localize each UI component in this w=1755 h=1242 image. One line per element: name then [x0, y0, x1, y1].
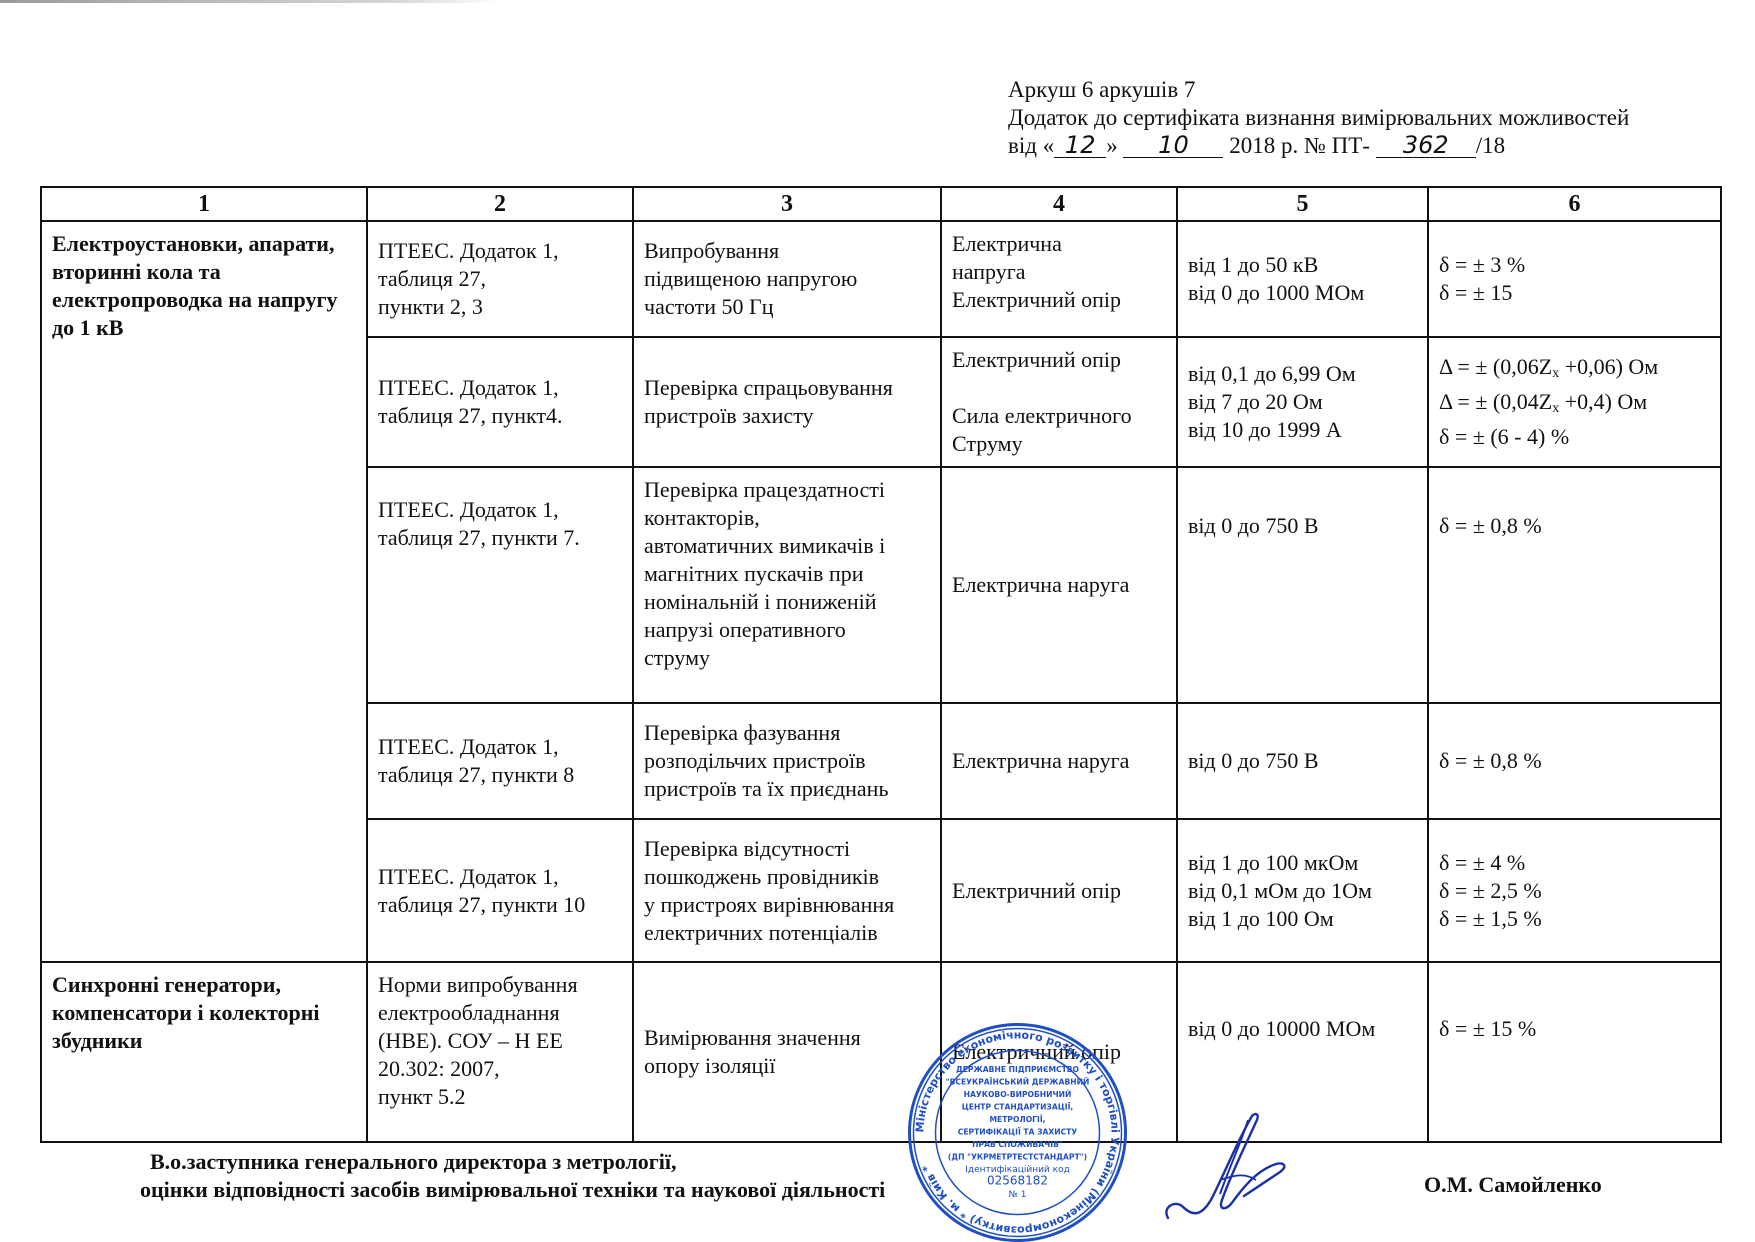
cell-line: 20.302: 2007,: [378, 1055, 622, 1083]
svg-text:"ВСЕУКРАЇНСЬКИЙ ДЕРЖАВНИЙ: "ВСЕУКРАЇНСЬКИЙ ДЕРЖАВНИЙ: [946, 1078, 1090, 1087]
cell-line: від 10 до 1999 А: [1188, 416, 1417, 444]
test-cell: Перевірка фазуваннярозподільчих пристрої…: [633, 703, 941, 819]
cell-line: Електрична наруга: [952, 747, 1166, 775]
cell-line: таблиця 27, пункт4.: [378, 402, 622, 430]
range-cell: від 0 до 750 В: [1177, 467, 1428, 703]
cell-line: Норми випробування: [378, 971, 622, 999]
cell-line: ПТЕЕС. Додаток 1,: [378, 863, 622, 891]
svg-text:СЕРТИФІКАЦІЇ ТА ЗАХИСТУ: СЕРТИФІКАЦІЇ ТА ЗАХИСТУ: [958, 1128, 1078, 1137]
cell-line: Вимірювання значення: [644, 1024, 930, 1052]
official-stamp: Міністерство економічного розвитку і тор…: [905, 1020, 1130, 1242]
quantity-cell: Електричний опір: [941, 819, 1177, 962]
cell-line: δ = ± 15: [1439, 279, 1710, 307]
handwritten-signature: [1160, 1110, 1310, 1230]
cell-line: пункти 2, 3: [378, 293, 622, 321]
test-cell: Перевірка відсутностіпошкоджень провідни…: [633, 819, 941, 962]
table-row: Електроустановки, апарати, вторинні кола…: [41, 221, 1721, 337]
document-cell: ПТЕЕС. Додаток 1,таблиця 27, пункт4.: [367, 337, 633, 467]
cell-line: пошкоджень провідників: [644, 863, 930, 891]
cell-line: таблиця 27, пункти 8: [378, 761, 622, 789]
appendix-title: Додаток до сертифіката визнання вимірюва…: [1008, 104, 1629, 132]
accuracy-cell: δ = ± 15 %: [1428, 962, 1721, 1142]
accuracy-formula: Δ = ± (0,06Zx +0,06) Ом: [1439, 353, 1710, 388]
cell-line: Електрична: [952, 230, 1166, 258]
cell-line: Перевірка спрацьовування: [644, 374, 930, 402]
cell-line: Електричний опір: [952, 286, 1166, 314]
cell-line: частоти 50 Гц: [644, 293, 930, 321]
cell-line: електричних потенціалів: [644, 919, 930, 947]
test-cell: Перевірка працездатностіконтакторів,авто…: [633, 467, 941, 703]
svg-text:ДЕРЖАВНЕ ПІДПРИЄМСТВО: ДЕРЖАВНЕ ПІДПРИЄМСТВО: [956, 1065, 1080, 1074]
cell-line: Перевірка працездатності: [644, 476, 930, 504]
svg-text:ПРАВ СПОЖИВАЧІВ": ПРАВ СПОЖИВАЧІВ": [972, 1140, 1063, 1149]
cell-line: струму: [644, 644, 930, 672]
svg-text:МЕТРОЛОГІЇ,: МЕТРОЛОГІЇ,: [989, 1115, 1045, 1124]
quantity-cell: ЕлектричнанапругаЕлектричний опір: [941, 221, 1177, 337]
accuracy-cell: δ = ± 0,8 %: [1428, 703, 1721, 819]
cell-line: від 1 до 50 кВ: [1188, 251, 1417, 279]
cell-line: δ = ± 3 %: [1439, 251, 1710, 279]
cell-line: пристроїв та їх приєднань: [644, 775, 930, 803]
svg-text:(ДП "УКРМЕТРТЕСТСТАНДАРТ"): (ДП "УКРМЕТРТЕСТСТАНДАРТ"): [948, 1153, 1087, 1162]
accuracy-formula: Δ = ± (0,04Zx +0,4) Ом: [1439, 388, 1710, 423]
sheet-number: Аркуш 6 аркушів 7: [1008, 76, 1629, 104]
cell-line: ПТЕЕС. Додаток 1,: [378, 496, 622, 524]
cell-line: номінальній і пониженій: [644, 588, 930, 616]
cell-line: Електричний опір: [952, 346, 1166, 374]
cell-line: від 0 до 750 В: [1188, 512, 1417, 540]
range-cell: від 1 до 50 кВвід 0 до 1000 МОм: [1177, 221, 1428, 337]
handwritten-day: 12: [1054, 133, 1106, 158]
cell-line: від 1 до 100 Ом: [1188, 905, 1417, 933]
test-cell: Вимірювання значенняопору ізоляції: [633, 962, 941, 1142]
cell-line: від 0 до 1000 МОм: [1188, 279, 1417, 307]
cell-line: ПТЕЕС. Додаток 1,: [378, 733, 622, 761]
range-cell: від 1 до 100 мкОмвід 0,1 мОм до 1Омвід 1…: [1177, 819, 1428, 962]
cell-line: δ = ± 1,5 %: [1439, 905, 1710, 933]
cell-line: δ = ± 0,8 %: [1439, 747, 1710, 775]
cell-line: таблиця 27, пункти 10: [378, 891, 622, 919]
cell-line: δ = ± 0,8 %: [1439, 512, 1710, 540]
svg-text:НАУКОВО-ВИРОБНИЧИЙ: НАУКОВО-ВИРОБНИЧИЙ: [964, 1090, 1072, 1099]
cell-line: від 1 до 100 мкОм: [1188, 849, 1417, 877]
document-cell: ПТЕЕС. Додаток 1,таблиця 27, пункти 10: [367, 819, 633, 962]
cell-line: Електрична наруга: [952, 571, 1166, 599]
cell-line: δ = ± 2,5 %: [1439, 877, 1710, 905]
signatory-position: В.о.заступника генерального директора з …: [140, 1148, 885, 1204]
handwritten-month: 10: [1123, 133, 1223, 158]
test-cell: Перевірка спрацьовуванняпристроїв захист…: [633, 337, 941, 467]
accuracy-cell: δ = ± 3 %δ = ± 15: [1428, 221, 1721, 337]
accuracy-cell: Δ = ± (0,06Zx +0,06) ОмΔ = ± (0,04Zx +0,…: [1428, 337, 1721, 467]
table-row: Синхронні генератори, компенсатори і кол…: [41, 962, 1721, 1142]
cell-line: від 0,1 до 6,99 Ом: [1188, 360, 1417, 388]
cell-line: від 0 до 750 В: [1188, 747, 1417, 775]
column-header-1: 1: [41, 187, 367, 221]
cell-line: Струму: [952, 430, 1166, 458]
cell-line: Сила електричного: [952, 402, 1166, 430]
scan-artifact: [0, 0, 500, 3]
measurement-capabilities-table: 123456 Електроустановки, апарати, вторин…: [40, 186, 1722, 1143]
column-header-5: 5: [1177, 187, 1428, 221]
cell-line: магнітних пускачів при: [644, 560, 930, 588]
cell-line: [952, 374, 1166, 402]
range-cell: від 0,1 до 6,99 Омвід 7 до 20 Омвід 10 д…: [1177, 337, 1428, 467]
cell-line: таблиця 27, пункти 7.: [378, 524, 622, 552]
cell-line: пристроїв захисту: [644, 402, 930, 430]
cell-line: у пристроях вирівнювання: [644, 891, 930, 919]
quantity-cell: Електрична наруга: [941, 703, 1177, 819]
signer-name: О.М. Самойленко: [1424, 1172, 1602, 1198]
cell-line: (НВЕ). СОУ – Н ЕЕ: [378, 1027, 622, 1055]
document-cell: ПТЕЕС. Додаток 1,таблиця 27, пункти 7.: [367, 467, 633, 703]
column-header-2: 2: [367, 187, 633, 221]
cell-line: ПТЕЕС. Додаток 1,: [378, 374, 622, 402]
cell-line: ПТЕЕС. Додаток 1,: [378, 237, 622, 265]
svg-text:ЦЕНТР СТАНДАРТИЗАЦІЇ,: ЦЕНТР СТАНДАРТИЗАЦІЇ,: [962, 1103, 1074, 1112]
range-cell: від 0 до 750 В: [1177, 703, 1428, 819]
document-cell: ПТЕЕС. Додаток 1,таблиця 27, пункти 8: [367, 703, 633, 819]
cell-line: автоматичних вимикачів і: [644, 532, 930, 560]
cell-line: контакторів,: [644, 504, 930, 532]
test-cell: Випробуванняпідвищеною напругоючастоти 5…: [633, 221, 941, 337]
column-header-3: 3: [633, 187, 941, 221]
accuracy-formula: δ = ± (6 - 4) %: [1439, 423, 1710, 451]
certificate-date-line: від «12» 10 2018 р. № ПТ- 362/18: [1008, 132, 1629, 160]
cell-line: Перевірка фазування: [644, 719, 930, 747]
cell-line: пункт 5.2: [378, 1083, 622, 1111]
cell-line: Випробування: [644, 237, 930, 265]
cell-line: від 7 до 20 Ом: [1188, 388, 1417, 416]
accuracy-cell: δ = ± 0,8 %: [1428, 467, 1721, 703]
cell-line: таблиця 27,: [378, 265, 622, 293]
document-cell: Норми випробуванняелектрообладнання (НВЕ…: [367, 962, 633, 1142]
position-line-2: оцінки відповідності засобів вимірювальн…: [140, 1176, 885, 1204]
quantity-cell: Електрична наруга: [941, 467, 1177, 703]
cell-line: δ = ± 4 %: [1439, 849, 1710, 877]
quantity-cell: Електричний опір Сила електричногоСтруму: [941, 337, 1177, 467]
cell-line: електрообладнання: [378, 999, 622, 1027]
cell-line: від 0,1 мОм до 1Ом: [1188, 877, 1417, 905]
cell-line: від 0 до 10000 МОм: [1188, 1015, 1417, 1043]
cell-line: Електричний опір: [952, 877, 1166, 905]
document-cell: ПТЕЕС. Додаток 1,таблиця 27,пункти 2, 3: [367, 221, 633, 337]
cell-line: напрузі оперативного: [644, 616, 930, 644]
object-of-measurement: Електроустановки, апарати, вторинні кола…: [41, 221, 367, 962]
cell-line: δ = ± 15 %: [1439, 1015, 1710, 1043]
position-line-1: В.о.заступника генерального директора з …: [140, 1148, 885, 1176]
object-of-measurement: Синхронні генератори, компенсатори і кол…: [41, 962, 367, 1142]
accuracy-cell: δ = ± 4 %δ = ± 2,5 %δ = ± 1,5 %: [1428, 819, 1721, 962]
cell-line: Перевірка відсутності: [644, 835, 930, 863]
column-header-6: 6: [1428, 187, 1721, 221]
cell-line: підвищеною напругою: [644, 265, 930, 293]
svg-text:02568182: 02568182: [987, 1174, 1048, 1188]
document-header: Аркуш 6 аркушів 7 Додаток до сертифіката…: [1008, 76, 1629, 160]
cell-line: напруга: [952, 258, 1166, 286]
cell-line: розподільчих пристроїв: [644, 747, 930, 775]
cell-line: опору ізоляції: [644, 1052, 930, 1080]
svg-text:№ 1: № 1: [1009, 1190, 1027, 1200]
column-number-row: 123456: [41, 187, 1721, 221]
column-header-4: 4: [941, 187, 1177, 221]
handwritten-cert-number: 362: [1376, 133, 1476, 158]
